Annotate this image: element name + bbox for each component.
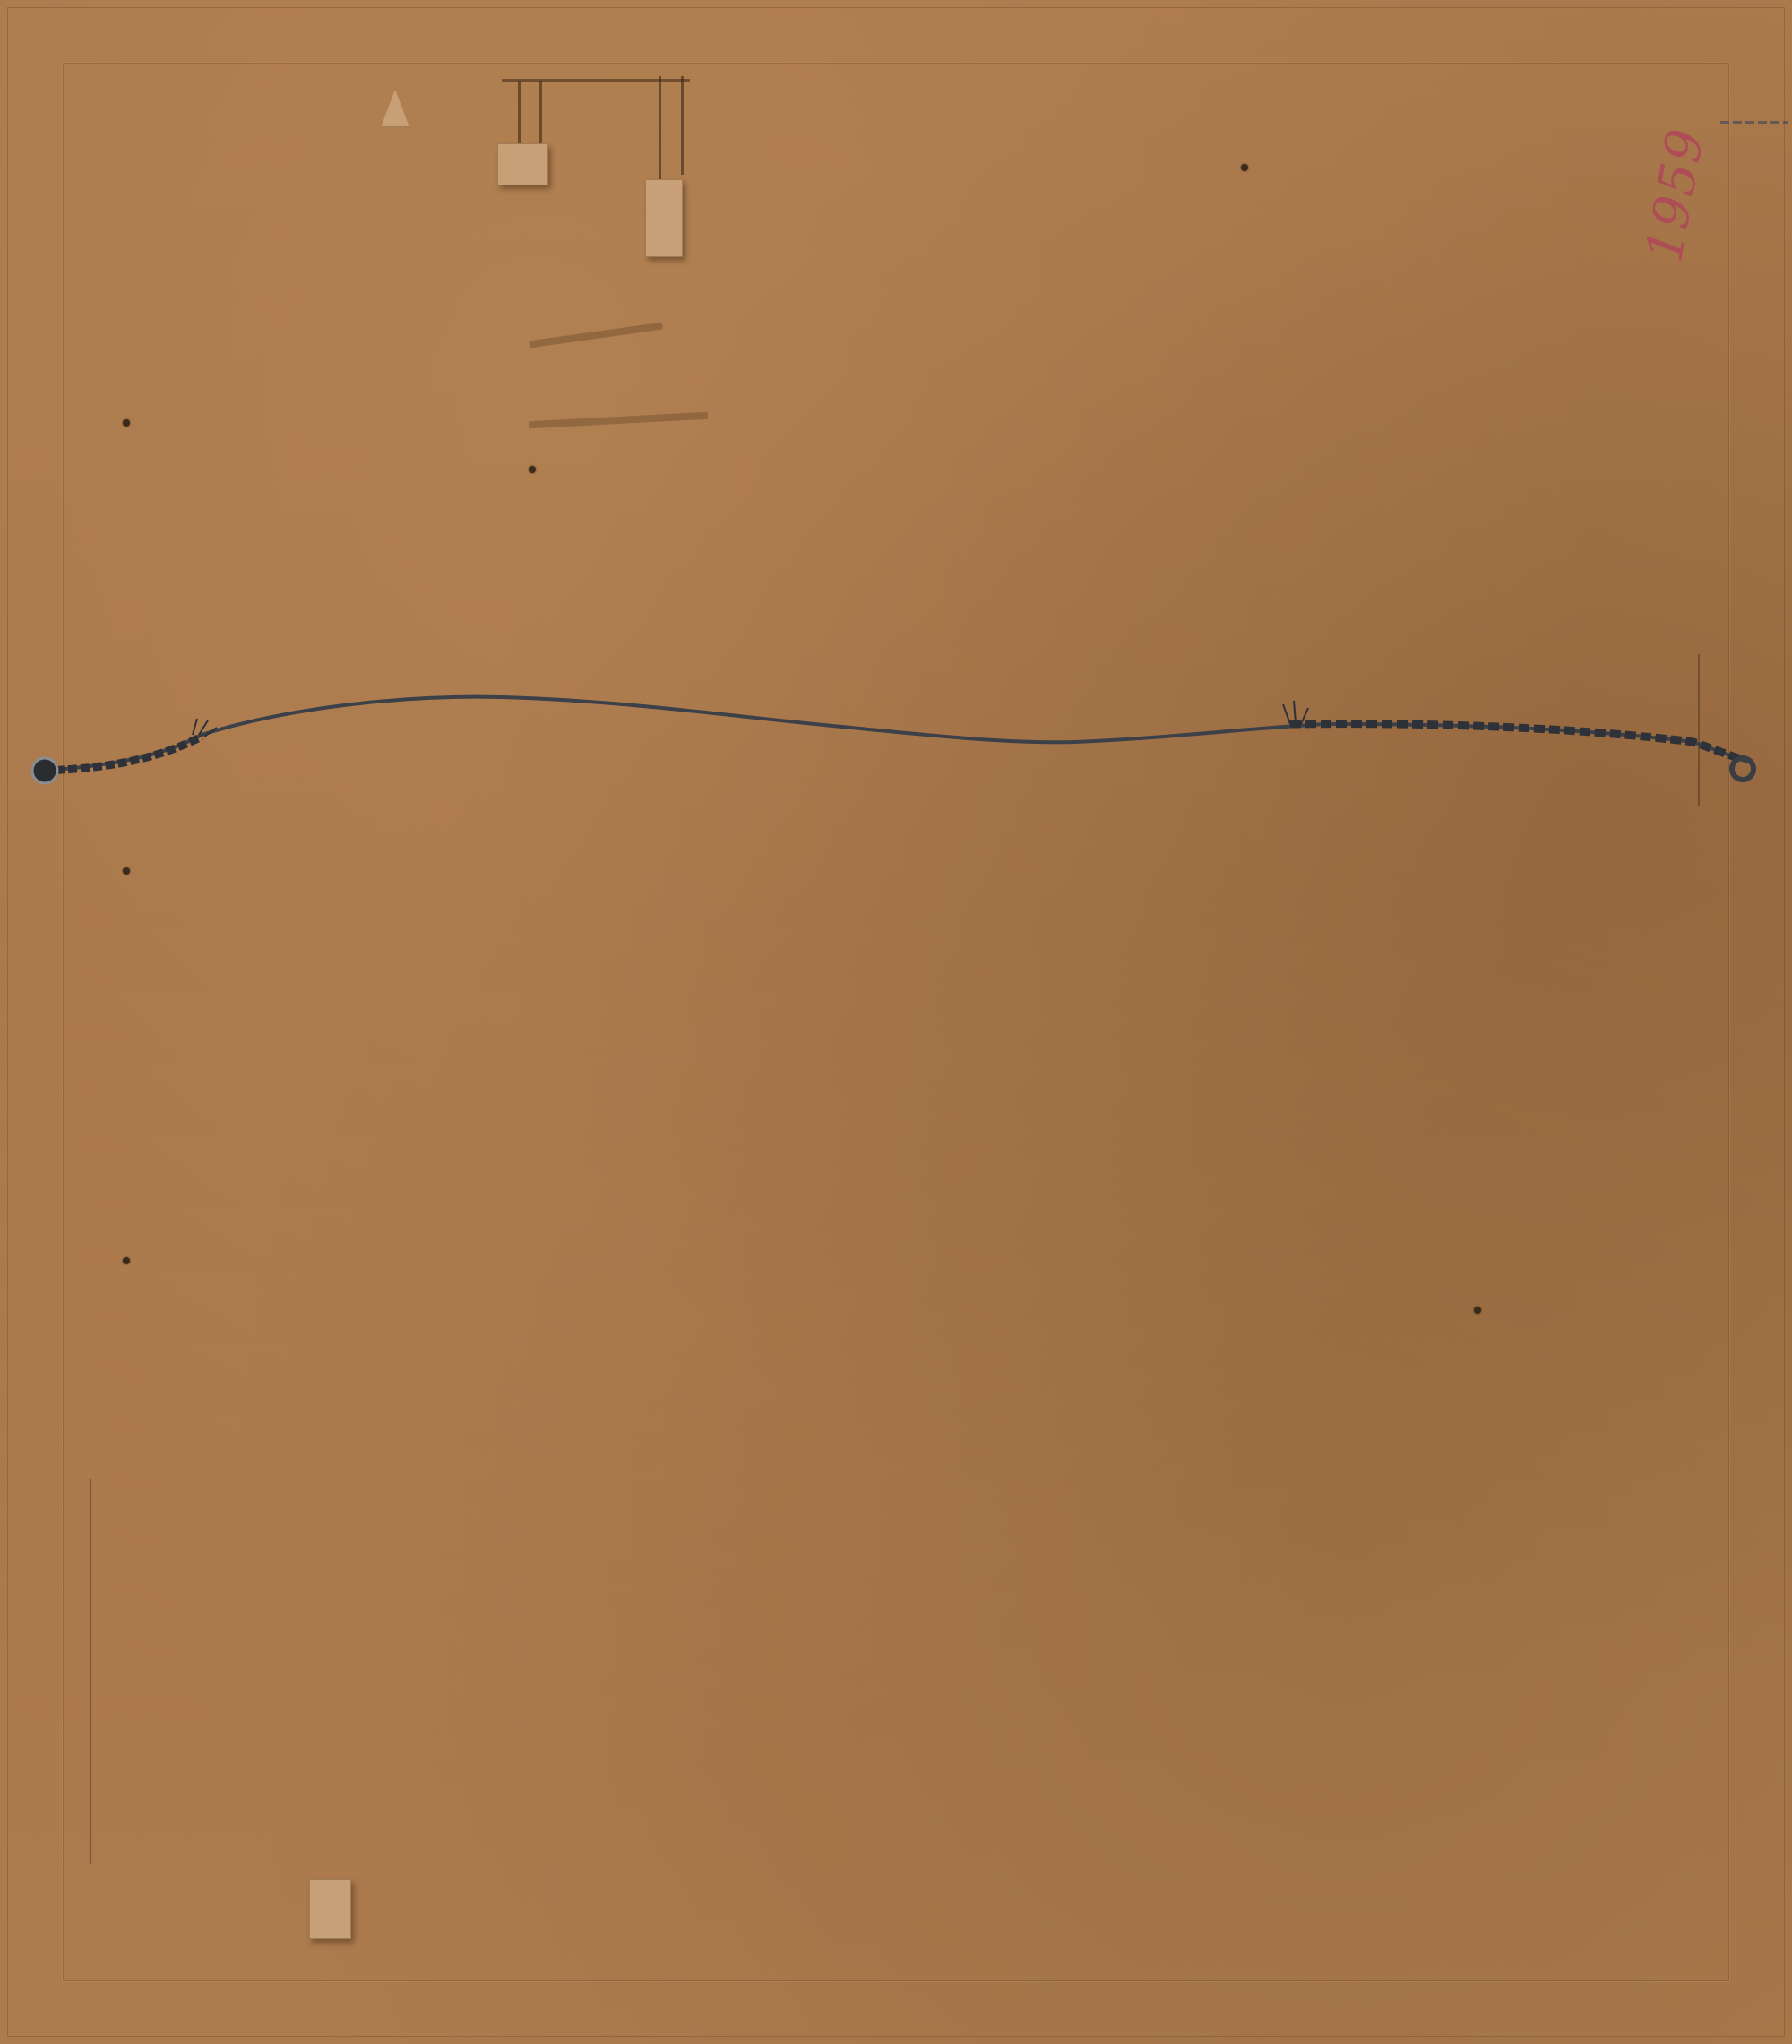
hanging-wire — [0, 0, 1792, 2044]
left-screw-eye — [32, 758, 57, 783]
picture-frame-back: 1959 — [0, 0, 1792, 2044]
